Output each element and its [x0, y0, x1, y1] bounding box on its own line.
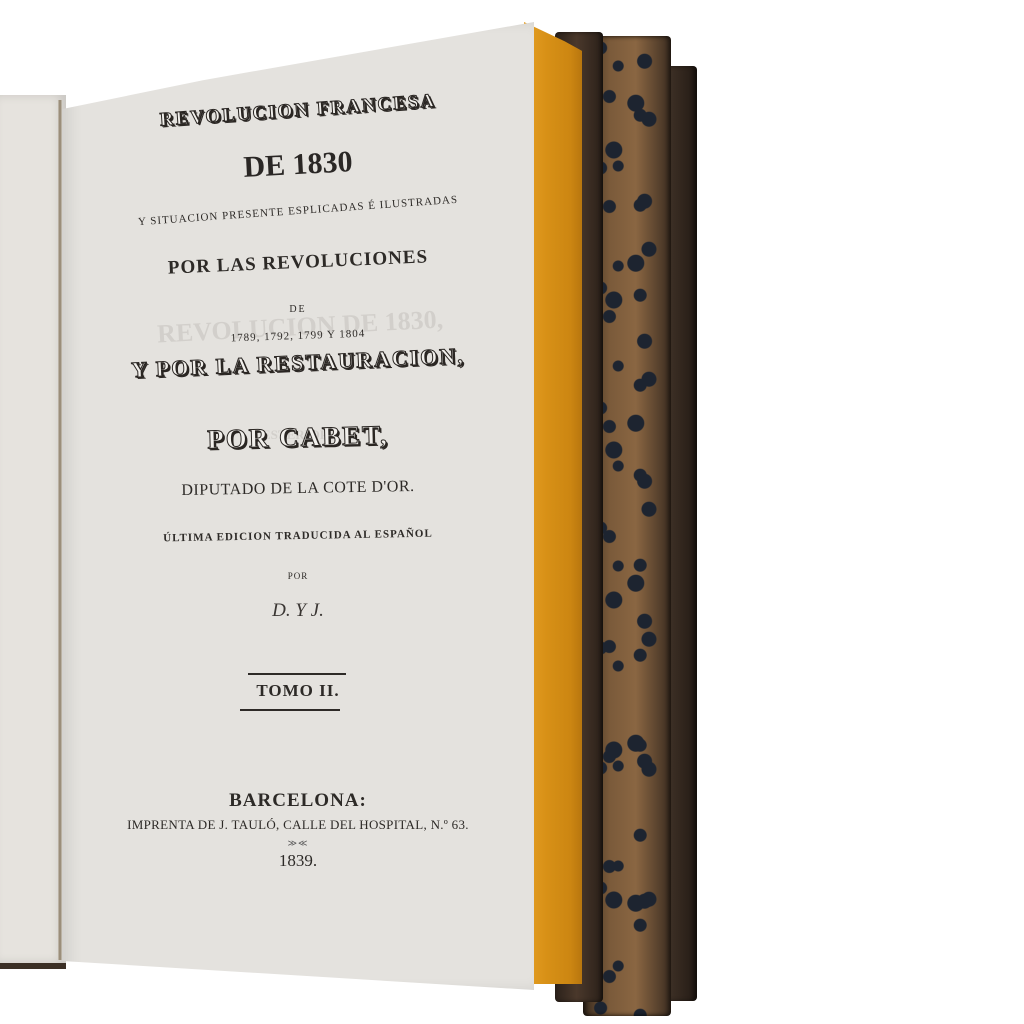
title-page-text: REVOLUCION FRANCESA DE 1830 Y SITUACION …	[62, 0, 534, 1024]
volume-rule-bottom	[240, 709, 340, 711]
by-revolutions: POR LAS REVOLUCIONES	[62, 242, 535, 285]
por-label: POR	[62, 571, 534, 581]
edition-note: ÚLTIMA EDICION TRADUCIDA AL ESPAÑOL	[62, 526, 534, 546]
de-label: DE	[62, 304, 534, 315]
volume-rule-top	[248, 673, 346, 675]
left-page	[0, 95, 66, 969]
book-photo: REVOLUCION DE 1830, ESTERIOR REVOLUCION …	[0, 0, 1024, 1024]
translators: D. Y J.	[62, 600, 534, 622]
ornament-divider: ≫≪	[62, 838, 534, 849]
author-line: POR CABET,	[62, 416, 535, 459]
subtitle: Y SITUACION PRESENTE ESPLICADAS É ILUSTR…	[62, 189, 534, 234]
publication-year: 1839.	[62, 851, 534, 871]
imprint-line: IMPRENTA DE J. TAULÓ, CALLE DEL HOSPITAL…	[62, 817, 534, 833]
title-line-1: REVOLUCION FRANCESA	[62, 84, 534, 139]
author-role: DIPUTADO DE LA COTE D'OR.	[62, 476, 534, 502]
publisher-city: BARCELONA:	[62, 790, 534, 812]
title-line-2: DE 1830	[61, 136, 534, 195]
volume-label: TOMO II.	[62, 681, 534, 701]
